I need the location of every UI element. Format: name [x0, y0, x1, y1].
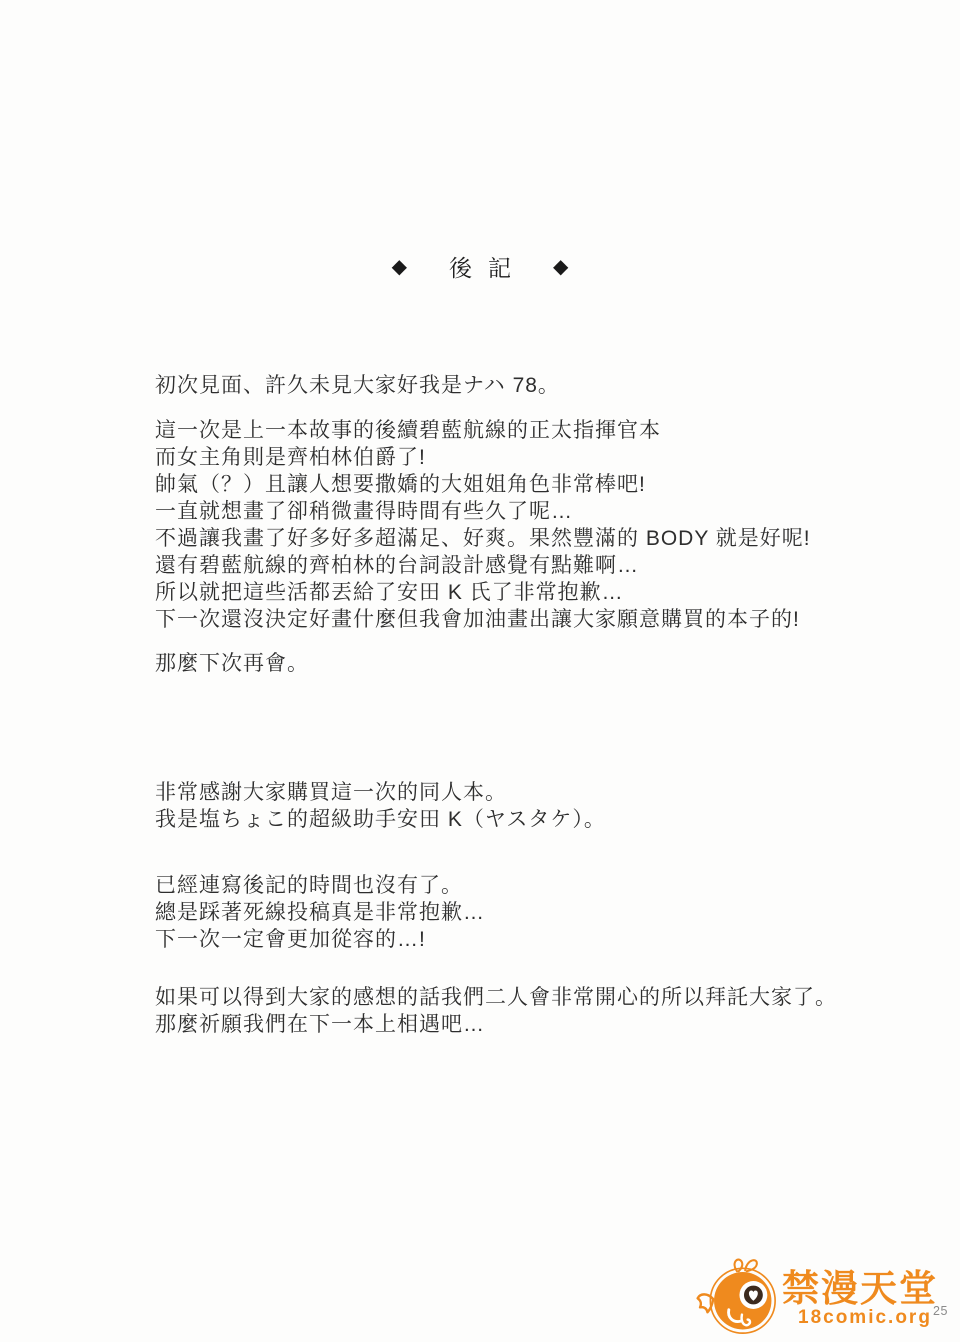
- text-line: 那麼下次再會。: [155, 650, 309, 677]
- text-line: 總是踩著死線投稿真是非常抱歉…: [155, 899, 485, 926]
- watermark-site-name: 禁漫天堂: [782, 1270, 938, 1307]
- text-line: 帥氣（？）且讓人想要撒嬌的大姐姐角色非常棒吧!: [155, 471, 811, 498]
- afterword-page: ◆ 後記 ◆ 初次見面、許久未見大家好我是ナハ 78。 這一次是上一本故事的後續…: [0, 0, 960, 1342]
- whale-mascot-icon: [696, 1254, 778, 1336]
- text-line: 不過讓我畫了好多好多超滿足、好爽。果然豐滿的 BODY 就是好呢!: [155, 525, 811, 552]
- text-line: 初次見面、許久未見大家好我是ナハ 78。: [155, 372, 560, 399]
- text-line: 下一次一定會更加從容的…!: [155, 926, 485, 953]
- artist-greeting: 初次見面、許久未見大家好我是ナハ 78。: [155, 372, 560, 399]
- diamond-ornament-right-icon: ◆: [553, 257, 568, 277]
- diamond-ornament-left-icon: ◆: [392, 257, 407, 277]
- page-title: ◆ 後記 ◆: [0, 250, 960, 283]
- assistant-intro: 非常感謝大家購買這一次的同人本。 我是塩ちょこ的超級助手安田 K（ヤスタケ）。: [155, 779, 606, 833]
- text-line: 下一次還沒決定好畫什麼但我會加油畫出讓大家願意購買的本子的!: [155, 606, 811, 633]
- text-line: 一直就想畫了卻稍微畫得時間有些久了呢…: [155, 498, 811, 525]
- artist-body-paragraph: 這一次是上一本故事的後續碧藍航線的正太指揮官本 而女主角則是齊柏林伯爵了! 帥氣…: [155, 417, 811, 633]
- text-line: 我是塩ちょこ的超級助手安田 K（ヤスタケ）。: [155, 806, 606, 833]
- page-number: 25: [933, 1304, 948, 1318]
- assistant-body-paragraph: 已經連寫後記的時間也沒有了。 總是踩著死線投稿真是非常抱歉… 下一次一定會更加從…: [155, 872, 485, 953]
- text-line: 這一次是上一本故事的後續碧藍航線的正太指揮官本: [155, 417, 811, 444]
- text-line: 如果可以得到大家的感想的話我們二人會非常開心的所以拜託大家了。: [155, 984, 837, 1011]
- text-line: 還有碧藍航線的齊柏林的台詞設計感覺有點難啊…: [155, 552, 811, 579]
- text-line: 已經連寫後記的時間也沒有了。: [155, 872, 485, 899]
- artist-closing: 那麼下次再會。: [155, 650, 309, 677]
- site-watermark: 禁漫天堂 18comic.org: [696, 1254, 938, 1336]
- text-line: 而女主角則是齊柏林伯爵了!: [155, 444, 811, 471]
- watermark-site-url: 18comic.org: [798, 1308, 938, 1327]
- watermark-text: 禁漫天堂 18comic.org: [782, 1270, 938, 1327]
- page-title-text: 後記: [449, 250, 527, 283]
- text-line: 所以就把這些活都丟給了安田 K 氏了非常抱歉…: [155, 579, 811, 606]
- text-line: 那麼祈願我們在下一本上相遇吧…: [155, 1011, 837, 1038]
- assistant-closing: 如果可以得到大家的感想的話我們二人會非常開心的所以拜託大家了。 那麼祈願我們在下…: [155, 984, 837, 1038]
- text-line: 非常感謝大家購買這一次的同人本。: [155, 779, 606, 806]
